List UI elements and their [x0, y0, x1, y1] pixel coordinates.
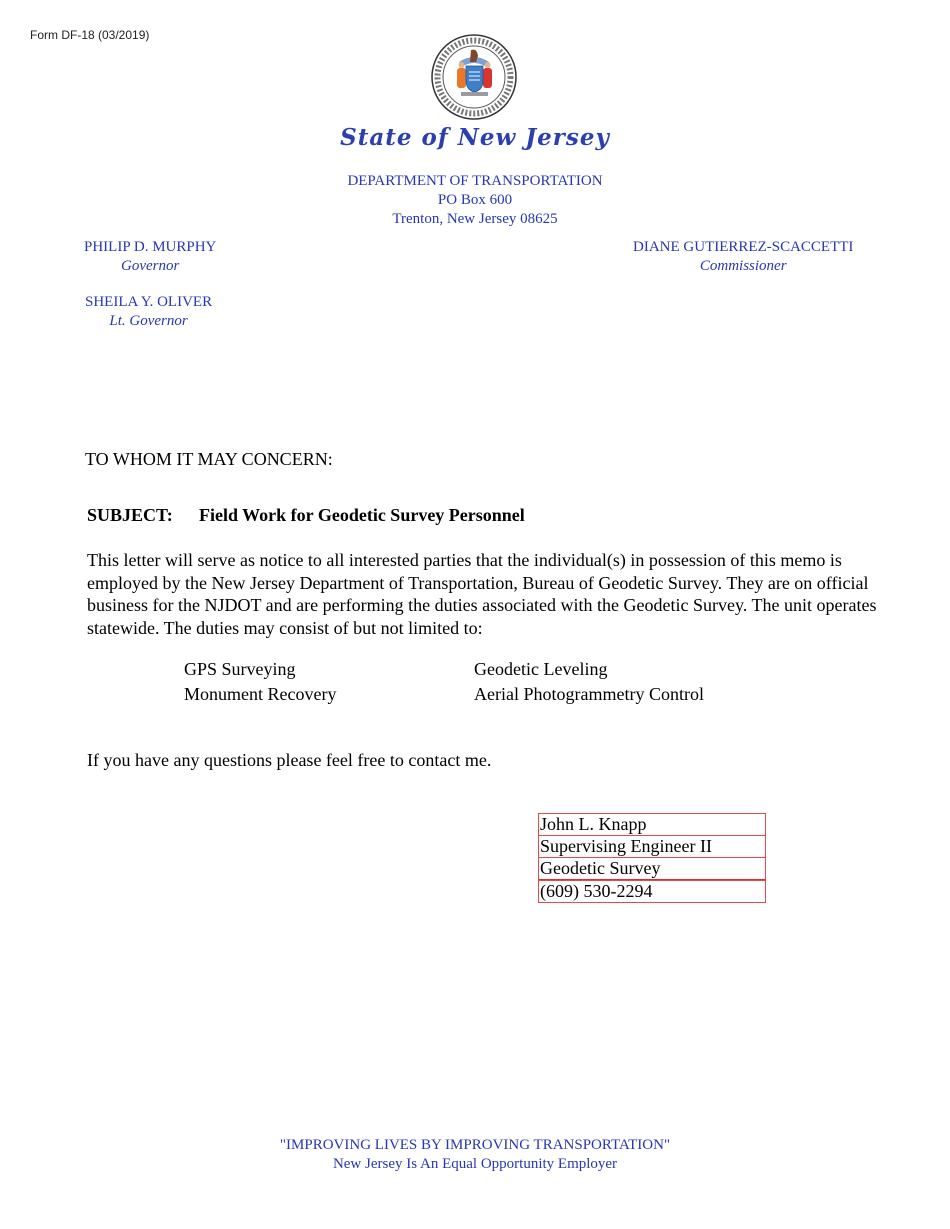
- subject-line: SUBJECT:Field Work for Geodetic Survey P…: [87, 505, 525, 526]
- signer-phone: (609) 530-2294: [538, 880, 766, 903]
- duty-item: Aerial Photogrammetry Control: [474, 682, 804, 707]
- signer-name: John L. Knapp: [538, 813, 766, 836]
- duty-item: Monument Recovery: [184, 682, 474, 707]
- duty-item: Geodetic Leveling: [474, 657, 804, 682]
- duties-list: GPS Surveying Geodetic Leveling Monument…: [184, 657, 804, 707]
- salutation: TO WHOM IT MAY CONCERN:: [85, 449, 333, 470]
- signer-unit: Geodetic Survey: [538, 857, 766, 881]
- governor-name: PHILIP D. MURPHY: [84, 238, 216, 257]
- commissioner-title: Commissioner: [633, 257, 853, 276]
- subject-label: SUBJECT:: [87, 505, 199, 526]
- city-state-zip: Trenton, New Jersey 08625: [0, 210, 950, 229]
- lt-governor-title: Lt. Governor: [85, 312, 212, 331]
- subject-text: Field Work for Geodetic Survey Personnel: [199, 505, 525, 525]
- closing-line: If you have any questions please feel fr…: [87, 750, 491, 771]
- footer-motto: "IMPROVING LIVES BY IMPROVING TRANSPORTA…: [0, 1136, 950, 1155]
- state-seal-icon: [431, 34, 517, 120]
- form-id: Form DF-18 (03/2019): [30, 28, 149, 42]
- signature-block: John L. Knapp Supervising Engineer II Ge…: [538, 814, 766, 903]
- commissioner-block: DIANE GUTIERREZ-SCACCETTI Commissioner: [633, 238, 853, 276]
- footer: "IMPROVING LIVES BY IMPROVING TRANSPORTA…: [0, 1136, 950, 1174]
- department-address: DEPARTMENT OF TRANSPORTATION PO Box 600 …: [0, 172, 950, 229]
- department-name: DEPARTMENT OF TRANSPORTATION: [0, 172, 950, 191]
- lt-governor-block: SHEILA Y. OLIVER Lt. Governor: [85, 293, 212, 331]
- signer-title: Supervising Engineer II: [538, 835, 766, 858]
- commissioner-name: DIANE GUTIERREZ-SCACCETTI: [633, 238, 853, 257]
- governor-block: PHILIP D. MURPHY Governor: [84, 238, 216, 276]
- lt-governor-name: SHEILA Y. OLIVER: [85, 293, 212, 312]
- governor-title: Governor: [84, 257, 216, 276]
- letter-body: This letter will serve as notice to all …: [87, 549, 877, 639]
- footer-eeo: New Jersey Is An Equal Opportunity Emplo…: [0, 1155, 950, 1174]
- duty-item: GPS Surveying: [184, 657, 474, 682]
- po-box: PO Box 600: [0, 191, 950, 210]
- state-title: State of New Jersey: [0, 124, 950, 151]
